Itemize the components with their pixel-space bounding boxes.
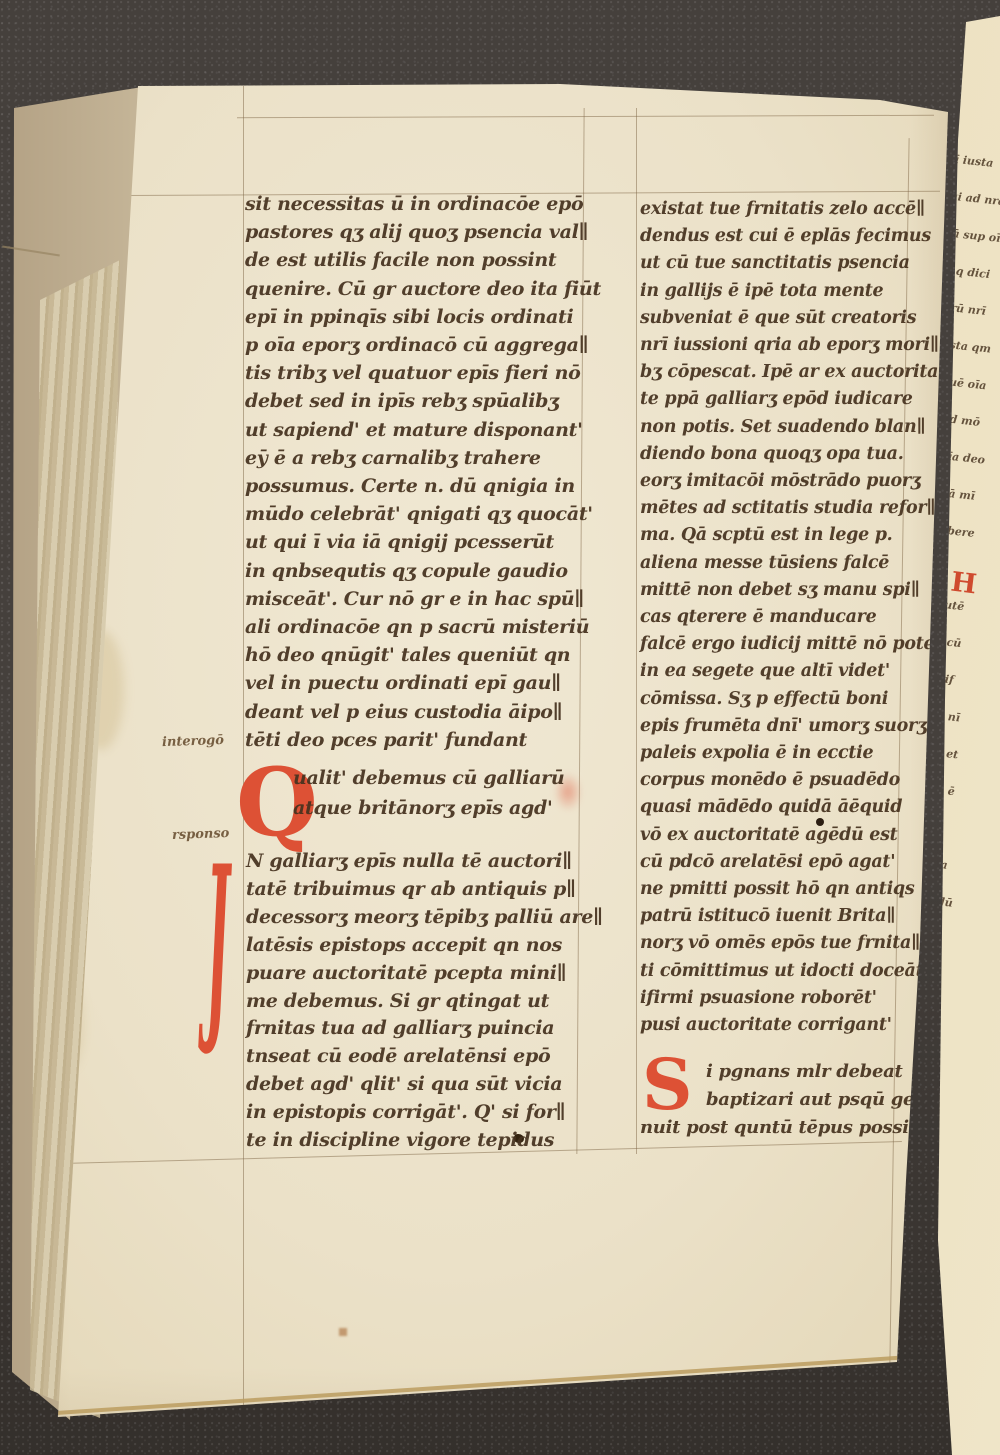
manuscript-line: dendus est cui ē eplās fecimus — [640, 223, 912, 250]
manuscript-line: frnitas tua ad galliarʒ puincia — [246, 1015, 594, 1043]
ruling-line-vertical-col2-left — [636, 108, 637, 1154]
manuscript-page: sit necessitas ū in ordinacōe epōpastore… — [0, 0, 1000, 1455]
margin-note-responsio: rsponso — [172, 826, 230, 843]
manuscript-line: baptizari aut psqū ge∥ — [640, 1086, 930, 1114]
manuscript-line: falcē ergo iudicij mittē nō potes — [640, 631, 912, 658]
manuscript-line: mittē non debet sʒ manu spi∥ — [640, 577, 912, 604]
manuscript-line: debet sed in ipīs rebʒ spūalibʒ — [245, 387, 593, 415]
manuscript-line: me debemus. Si gr qtingat ut — [246, 988, 594, 1016]
facing-page-rubricated-initial: H — [949, 569, 978, 599]
manuscript-line: mūdo celebrāt' qnigati qʒ quocāt' — [245, 500, 593, 528]
manuscript-line: corpus monēdo ē psuadēdo — [640, 767, 912, 794]
manuscript-line: ne pmitti possit hō qn antiqs — [640, 876, 912, 903]
manuscript-line: eorʒ imitacōi mōstrādo puorʒ — [640, 468, 912, 495]
manuscript-line: in ea segete que altī videt' — [640, 658, 912, 685]
manuscript-line: quenire. Cū gr auctore deo ita fiūt — [245, 275, 593, 303]
manuscript-line: tis tribʒ vel quatuor epīs fieri nō — [245, 359, 593, 387]
manuscript-line: possumus. Certe n. dū qnigia in — [245, 472, 593, 500]
manuscript-line: diendo bona quoqʒ opa tua. — [640, 441, 912, 468]
manuscript-line: i pgnans mlr debeat — [640, 1058, 930, 1086]
manuscript-line: atque britānorʒ epīs agd' — [293, 793, 593, 823]
facing-page-text-fragment: suā sup oīa — [936, 214, 1000, 257]
page-bottom-edge — [56, 1356, 899, 1415]
manuscript-line: in epistopis corrigāt'. Q' si for∥ — [246, 1099, 594, 1127]
manuscript-line: epis frumēta dnī' umorʒ suorʒ — [640, 713, 912, 740]
photo-backdrop: t ī iustaqui ad nrāsuā sup oīaois q dici… — [0, 0, 1000, 1455]
parchment-spot — [339, 1328, 347, 1336]
manuscript-line: paleis expolia ē in ecctie — [640, 740, 912, 767]
manuscript-line: vō ex auctoritatē agēdū est — [640, 822, 912, 849]
manuscript-line: deant vel p eius custodia āipo∥ — [245, 698, 593, 726]
manuscript-line: N galliarʒ epīs nulla tē auctori∥ — [246, 848, 594, 876]
manuscript-line: pusi auctoritate corrigant' — [640, 1012, 912, 1039]
manuscript-line: eȳ ē a rebʒ carnalibʒ trahere — [245, 444, 593, 472]
manuscript-line: misceāt'. Cur nō gr e in hac spū∥ — [245, 585, 593, 613]
manuscript-line: cōmissa. Sʒ p effectū boni — [640, 686, 912, 713]
manuscript-line: de est utilis facile non possint — [245, 246, 593, 274]
manuscript-line: decessorʒ meorʒ tēpibʒ palliū are∥ — [246, 904, 594, 932]
facing-page-text-fragment: t ī iusta — [944, 140, 1000, 183]
manuscript-line: cas qterere ē manducare — [640, 604, 912, 631]
manuscript-line: te ppā galliarʒ epōd iudicare — [640, 386, 912, 413]
manuscript-line: epī in ppinqīs sibi locis ordinati — [245, 303, 593, 331]
manuscript-line: nuit post quntū tēpus possit — [640, 1114, 930, 1142]
manuscript-line: mētes ad sctitatis studia refor∥ — [640, 495, 912, 522]
manuscript-line: ut sapiend' et mature disponant' — [245, 416, 593, 444]
manuscript-line: bʒ cōpescat. Ipē ar ex auctorita∥ — [640, 359, 912, 386]
manuscript-line: ut cū tue sanctitatis psencia — [640, 250, 912, 277]
manuscript-line: tnseat cū eodē arelatēnsi epō — [246, 1043, 594, 1071]
column1-question: ualit' debemus cū galliarūatque britānor… — [293, 763, 593, 823]
manuscript-line: te in discipline vigore tepidus — [246, 1127, 594, 1155]
manuscript-line: ualit' debemus cū galliarū — [293, 763, 593, 793]
manuscript-line: latēsis epistops accepit qn nos — [246, 932, 594, 960]
facing-page-text-fragment: qui ad nrā — [940, 177, 1000, 220]
ruling-line-horizontal-top — [237, 115, 934, 118]
column1-paragraph1: sit necessitas ū in ordinacōe epōpastore… — [245, 190, 593, 754]
manuscript-line: existat tue frnitatis zelo accē∥ — [640, 196, 912, 223]
manuscript-line: non potis. Set suadendo blan∥ — [640, 414, 912, 441]
manuscript-line: norʒ vō omēs epōs tue frnita∥ — [640, 930, 912, 957]
column2-paragraph1: existat tue frnitatis zelo accē∥dendus e… — [640, 196, 912, 1039]
manuscript-line: ti cōmittimus ut idocti doceāt' — [640, 958, 912, 985]
manuscript-line: debet agd' qlit' si qua sūt vicia — [246, 1071, 594, 1099]
manuscript-line: quasi mādēdo quidā āēquid — [640, 794, 912, 821]
manuscript-line: puare auctoritatē pcepta mini∥ — [246, 960, 594, 988]
manuscript-line: vel in puectu ordinati epī gau∥ — [245, 669, 593, 697]
manuscript-line: sit necessitas ū in ordinacōe epō — [245, 190, 593, 218]
manuscript-line: ali ordinacōe qn p sacrū misteriū — [245, 613, 593, 641]
manuscript-line: ut qui ī via iā qnigij pcesserūt — [245, 528, 593, 556]
margin-note-interrogatio: interogō — [162, 733, 224, 750]
manuscript-line: cū pdcō arelatēsi epō agat' — [640, 849, 912, 876]
manuscript-line: pastores qʒ alij quoʒ psencia val∥ — [245, 218, 593, 246]
manuscript-line: in qnbsequtis qʒ copule gaudio — [245, 557, 593, 585]
manuscript-line: p oīa eporʒ ordinacō cū aggrega∥ — [245, 331, 593, 359]
rubricated-initial-i: J — [206, 840, 229, 1043]
manuscript-line: ma. Qā scptū est in lege p. — [640, 522, 912, 549]
manuscript-line: patrū istitucō iuenit Brita∥ — [640, 903, 912, 930]
manuscript-line: nrī iussioni qria ab eporʒ mori∥ — [640, 332, 912, 359]
column2-paragraph2: i pgnans mlr debeatbaptizari aut psqū ge… — [640, 1058, 930, 1142]
manuscript-line: aliena messe tūsiens falcē — [640, 550, 912, 577]
manuscript-line: subveniat ē que sūt creatoris — [640, 305, 912, 332]
manuscript-line: hō deo qnūgit' tales queniūt qn — [245, 641, 593, 669]
manuscript-line: in gallijs ē ipē tota mente — [640, 278, 912, 305]
column1-response: N galliarʒ epīs nulla tē auctori∥tatē tr… — [246, 848, 594, 1155]
manuscript-line: tatē tribuimus qr ab antiquis p∥ — [246, 876, 594, 904]
manuscript-line: ifirmi psuasione roborēt' — [640, 985, 912, 1012]
